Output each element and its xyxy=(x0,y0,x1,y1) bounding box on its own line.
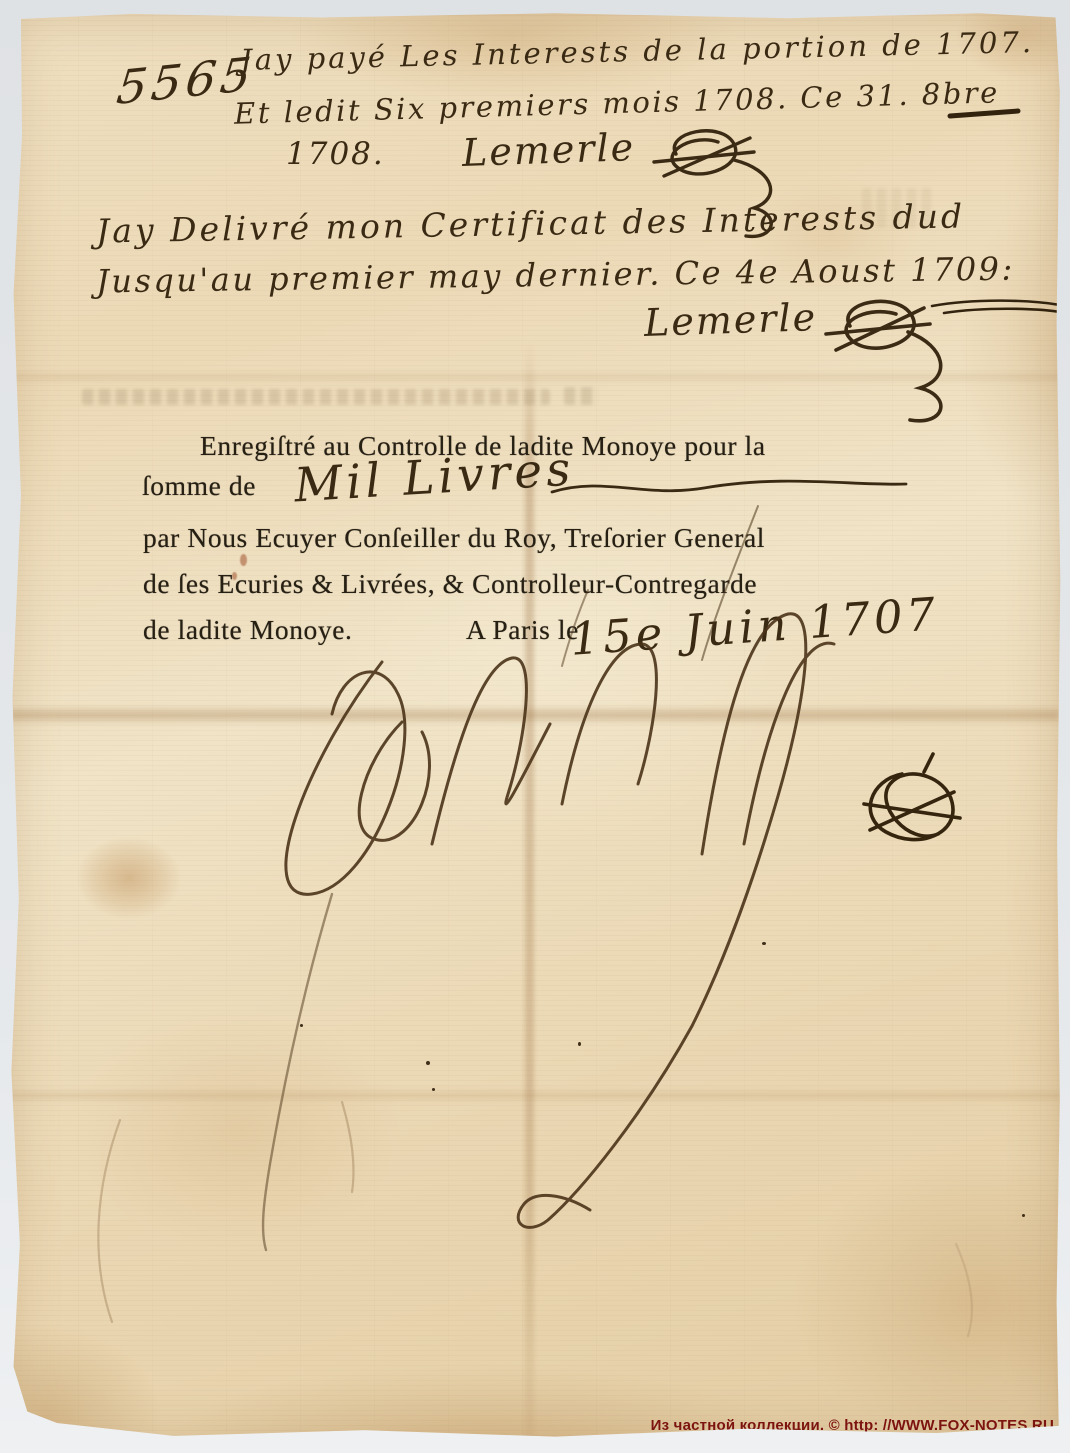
bleedthrough-print xyxy=(82,389,550,405)
horizontal-fold-crease-upper xyxy=(10,374,1060,380)
registration-line3: par Nous Ecuyer Conſeiller du Roy, Treſo… xyxy=(143,522,765,554)
horizontal-fold-crease xyxy=(10,710,1060,720)
pencil-arc xyxy=(98,1102,972,1336)
ink-speck xyxy=(578,1042,581,1046)
delivery-note-line2: Jusqu'au premier may dernier. Ce 4e Aous… xyxy=(96,250,1015,301)
amount-flourish-line xyxy=(552,481,906,492)
collection-watermark: Из частной коллекции. © http: //WWW.FOX-… xyxy=(651,1417,1054,1434)
vertical-fold-crease xyxy=(525,341,534,1441)
registration-line5: de ladite Monoye. xyxy=(143,614,353,646)
ink-speck xyxy=(432,1088,435,1091)
registrar-paraph-icon xyxy=(864,754,960,840)
lemerle-signature-1: Lemerle xyxy=(461,125,635,175)
delivery-note-line1: Jay Delivré mon Certificat des Interests… xyxy=(96,196,966,250)
lemerle-paraph-icon xyxy=(826,301,941,420)
horizontal-fold-crease-lower xyxy=(10,1092,1060,1099)
place-label: A Paris le xyxy=(466,614,579,646)
red-stain-mark xyxy=(232,572,237,580)
payment-note-line2: Et ledit Six premiers mois 1708. Ce 31. … xyxy=(234,75,1001,130)
payment-note-line3: 1708. xyxy=(286,136,385,172)
red-stain-mark xyxy=(240,554,247,566)
ink-speck xyxy=(762,942,766,945)
somme-label: ſomme de xyxy=(142,470,256,502)
dash-stroke xyxy=(950,111,1018,116)
ink-speck xyxy=(426,1061,430,1065)
ink-speck xyxy=(300,1024,303,1027)
document-paper: 5565 Jay payé Les Interests de la portio… xyxy=(4,6,1064,1446)
lemerle-signature-2: Lemerle xyxy=(643,295,817,345)
payment-note-line1: Jay payé Les Interests de la portion de … xyxy=(240,25,1035,77)
ink-speck xyxy=(1022,1214,1025,1217)
underline-flourish xyxy=(932,301,1060,313)
bleedthrough-print xyxy=(564,387,598,405)
